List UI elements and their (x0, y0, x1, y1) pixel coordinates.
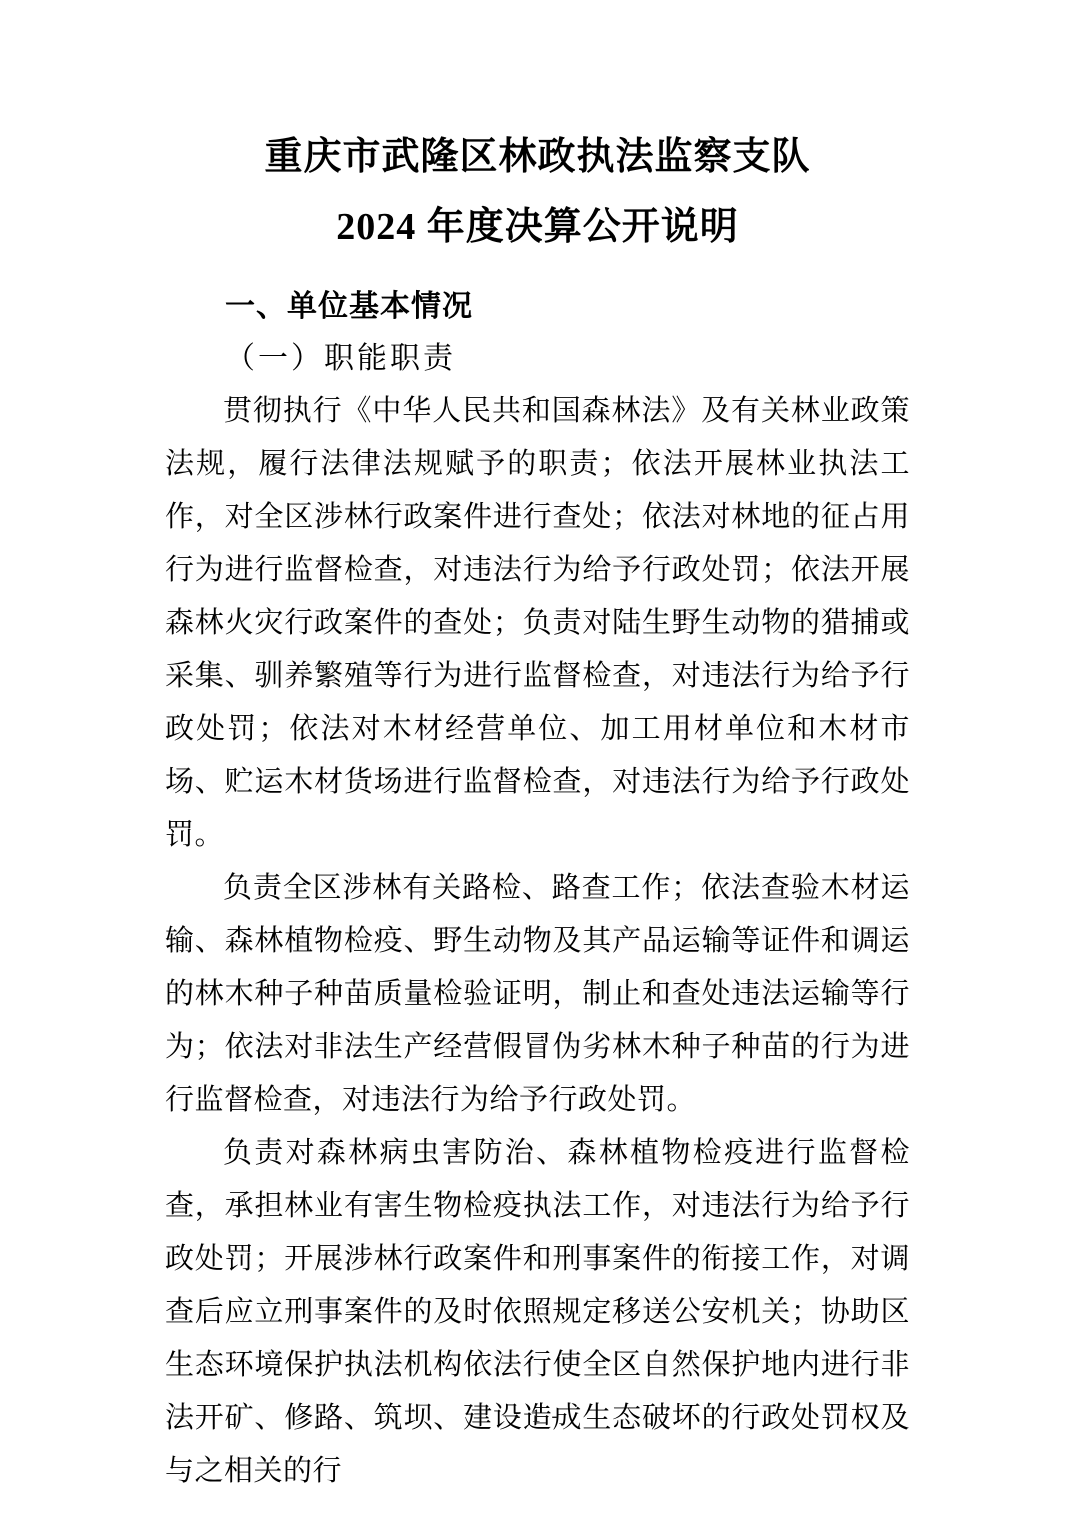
paragraph-1: 贯彻执行《中华人民共和国森林法》及有关林业政策法规，履行法律法规赋予的职责；依法… (165, 385, 910, 862)
paragraph-3: 负责对森林病虫害防治、森林植物检疫进行监督检查，承担林业有害生物检疫执法工作，对… (165, 1127, 910, 1498)
page-number: - 1 - (0, 1406, 1075, 1428)
paragraph-2: 负责全区涉林有关路检、路查工作；依法查验木材运输、森林植物检疫、野生动物及其产品… (165, 862, 910, 1127)
document-title-line-1: 重庆市武隆区林政执法监察支队 (165, 128, 910, 186)
document-page: 重庆市武隆区林政执法监察支队 2024 年度决算公开说明 一、单位基本情况 （一… (0, 0, 1075, 1520)
document-header: 重庆市武隆区林政执法监察支队 2024 年度决算公开说明 (165, 128, 910, 256)
document-title-line-2: 2024 年度决算公开说明 (165, 198, 910, 256)
section-heading: 一、单位基本情况 (165, 282, 910, 332)
subsection-heading: （一）职能职责 (165, 332, 910, 385)
